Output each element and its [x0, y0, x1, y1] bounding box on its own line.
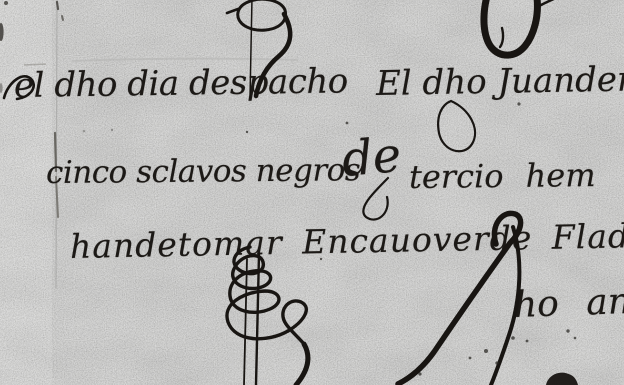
ink-specks: [83, 102, 577, 375]
rubric-top-center-icon: [227, 0, 290, 98]
rubric-top-right-icon: [484, 0, 556, 55]
manuscript-scan: el dho dia despacho El dho Juanden cinco…: [0, 0, 624, 385]
rubric-bottom-center-icon: [227, 247, 308, 385]
j-descender-flourish: [438, 101, 475, 151]
lead-in-swash: [4, 76, 34, 99]
bottom-edge-ink-blob: [546, 373, 578, 385]
rubric-layer: [0, 0, 624, 385]
de-descender-flourish: [363, 178, 388, 220]
grand-initial-flourish: [398, 213, 521, 385]
